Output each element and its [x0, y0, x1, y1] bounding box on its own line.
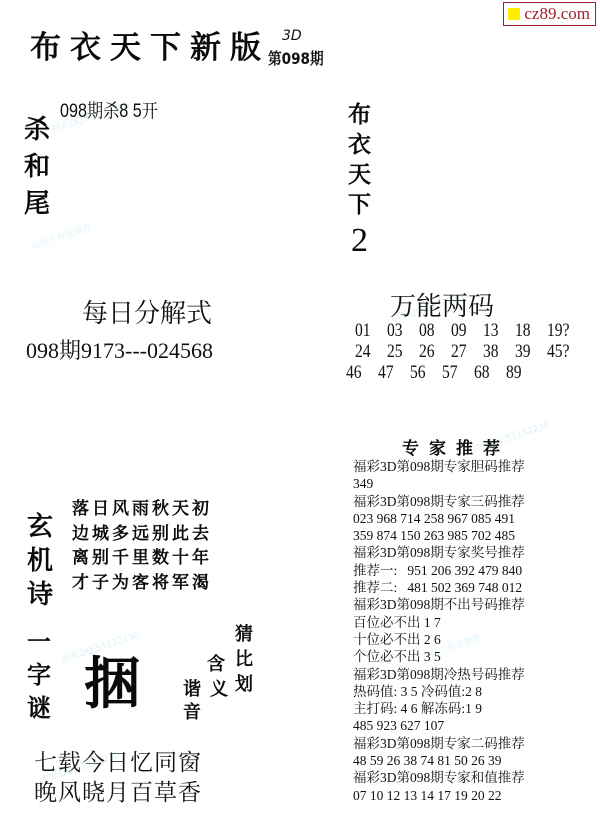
vertical-char: 一 [27, 625, 51, 658]
code: 39 [515, 341, 541, 362]
code: 08 [419, 320, 445, 341]
xuanji-poem: 落日风雨秋天初 边城多远别此去 离别千里数十年 才子为客将军渴 [72, 497, 212, 595]
expert-line: 主打码: 4 6 解冻码:1 9 [353, 700, 525, 717]
expert-line: 349 [353, 475, 525, 492]
code: 09 [451, 320, 477, 341]
buyi-number: 2 [351, 220, 368, 262]
riddle-hint: 划 [235, 670, 253, 696]
expert-line: 百位必不出 1 7 [353, 614, 525, 631]
expert-line: 359 874 150 263 985 702 485 [353, 527, 525, 544]
vertical-char: 布 [348, 100, 371, 130]
expert-line: 福彩3D第098期冷热号码推荐 [353, 666, 525, 683]
expert-line: 福彩3D第098期专家和值推荐 [353, 769, 525, 786]
daily-title: 每日分解式 [82, 293, 212, 330]
wanneng-title: 万能两码 [390, 286, 494, 323]
code: 01 [355, 320, 381, 341]
code: 38 [483, 341, 509, 362]
riddle-hint: 含 [207, 650, 225, 676]
riddle-hint: 猜 [235, 620, 253, 646]
page-title: 布衣天下新版 [30, 22, 270, 67]
poem-line: 晚风晓月百草香 [34, 778, 202, 808]
vertical-char: 衣 [348, 130, 371, 160]
code: 27 [451, 341, 477, 362]
riddle-label: 一 字 谜 [27, 625, 51, 724]
expert-line: 福彩3D第098期专家三码推荐 [353, 493, 525, 510]
vertical-char: 和 [24, 149, 50, 186]
expert-line: 福彩3D第098期专家奖号推荐 [353, 544, 525, 561]
expert-line: 023 968 714 258 967 085 491 [353, 510, 525, 527]
vertical-char: 机 [27, 544, 53, 578]
code: 13 [483, 320, 509, 341]
site-logo[interactable]: cz89.com [503, 2, 596, 26]
vertical-char: 天 [348, 160, 371, 190]
code: 18 [515, 320, 541, 341]
code: 47 [378, 362, 404, 383]
daily-value: 098期9173---024568 [26, 334, 213, 365]
poem-line: 边城多远别此去 [72, 522, 212, 547]
code: 46 [346, 362, 372, 383]
closing-poem: 七载今日忆同窗 晚风晓月百草香 [34, 748, 202, 808]
riddle-character: 捆 [84, 640, 140, 720]
riddle-hint: 义 [210, 675, 228, 701]
expert-line: 07 10 12 13 14 17 19 20 22 [353, 787, 525, 804]
wanneng-row: 24 25 26 27 38 39 45? [355, 341, 579, 362]
expert-line: 福彩3D第098期不出号码推荐 [353, 596, 525, 613]
code: 68 [474, 362, 500, 383]
code: 03 [387, 320, 413, 341]
code: 56 [410, 362, 436, 383]
logo-square-icon [508, 8, 520, 20]
expert-line: 推荐一: 951 206 392 479 840 [353, 562, 525, 579]
xuanji-label: 玄 机 诗 [27, 510, 53, 612]
expert-line: 十位必不出 2 6 [353, 631, 525, 648]
poem-line: 才子为客将军渴 [72, 571, 212, 596]
expert-title: 专家推荐 [402, 434, 510, 459]
expert-line: 推荐二: 481 502 369 748 012 [353, 579, 525, 596]
code: 26 [419, 341, 445, 362]
watermark: 彩民工作室制作 [30, 221, 94, 253]
wanneng-row: 01 03 08 09 13 18 19? [355, 320, 579, 341]
wanneng-grid: 01 03 08 09 13 18 19? 24 25 26 27 38 39 … [355, 320, 579, 383]
kill-line: 098期杀8 5开 [60, 96, 158, 123]
code: 57 [442, 362, 468, 383]
vertical-char: 尾 [24, 186, 50, 223]
expert-line: 福彩3D第098期专家二码推荐 [353, 735, 525, 752]
riddle-hint: 比 [235, 645, 253, 671]
code: 89 [506, 362, 532, 383]
buyi-tianxia-box: 布 衣 天 下 2 [348, 100, 371, 262]
expert-line: 热码值: 3 5 冷码值:2 8 [353, 683, 525, 700]
poem-line: 离别千里数十年 [72, 546, 212, 571]
vertical-char: 谜 [27, 691, 51, 724]
vertical-char: 玄 [27, 510, 53, 544]
poem-line: 七载今日忆同窗 [34, 748, 202, 778]
expert-list: 福彩3D第098期专家胆码推荐 349 福彩3D第098期专家三码推荐 023 … [353, 458, 525, 804]
logo-text: cz89.com [524, 3, 590, 25]
vertical-char: 字 [27, 658, 51, 691]
expert-line: 个位必不出 3 5 [353, 648, 525, 665]
expert-line: 福彩3D第098期专家胆码推荐 [353, 458, 525, 475]
code: 24 [355, 341, 381, 362]
issue-number: 第098期 [268, 46, 324, 69]
kill-tail-label: 杀 和 尾 [24, 112, 50, 223]
code: 19? [547, 320, 573, 341]
riddle-hint: 音 [183, 698, 201, 724]
poem-line: 落日风雨秋天初 [72, 497, 212, 522]
vertical-char: 诗 [27, 578, 53, 612]
vertical-char: 杀 [24, 112, 50, 149]
vertical-char: 下 [348, 190, 371, 220]
code: 45? [547, 341, 573, 362]
game-label: 3D [282, 28, 302, 44]
expert-line: 48 59 26 38 74 81 50 26 39 [353, 752, 525, 769]
code: 25 [387, 341, 413, 362]
expert-line: 485 923 627 107 [353, 717, 525, 734]
wanneng-row: 46 47 56 57 68 89 [346, 362, 579, 383]
